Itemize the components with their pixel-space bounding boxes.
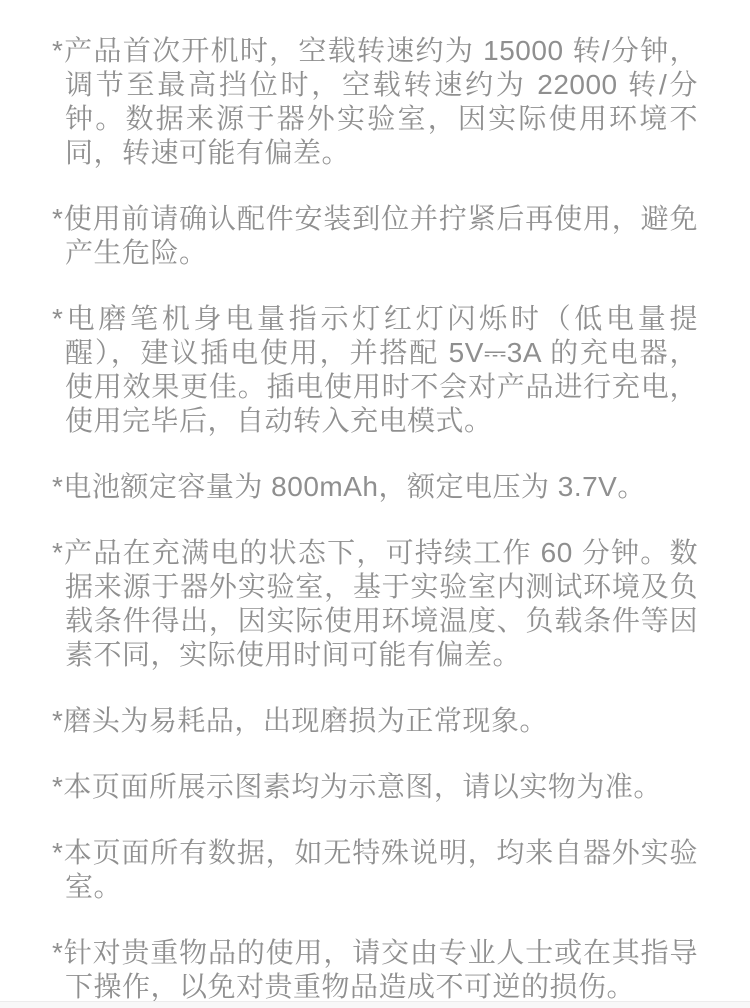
disclaimer-paragraph-runtime: *产品在充满电的状态下，可持续工作 60 分钟。数据来源于器外实验室，基于实验室… bbox=[52, 536, 698, 672]
disclaimer-paragraph-rpm: *产品首次开机时，空载转速约为 15000 转/分钟，调节至最高挡位时，空载转速… bbox=[52, 34, 698, 170]
disclaimer-paragraph-low-battery-charging: *电磨笔机身电量指示灯红灯闪烁时（低电量提醒），建议插电使用，并搭配 5V⎓3A… bbox=[52, 302, 698, 438]
disclaimer-paragraph-data-source: *本页面所有数据，如无特殊说明，均来自器外实验室。 bbox=[52, 836, 698, 904]
section-divider bbox=[0, 1001, 750, 1008]
disclaimer-paragraph-battery-spec: *电池额定容量为 800mAh，额定电压为 3.7V。 bbox=[52, 470, 698, 504]
disclaimer-paragraph-valuables-warning: *针对贵重物品的使用，请交由专业人士或在其指导下操作，以免对贵重物品造成不可逆的… bbox=[52, 936, 698, 1004]
disclaimer-paragraph-illustrative-images: *本页面所展示图素均为示意图，请以实物为准。 bbox=[52, 770, 698, 804]
disclaimer-section: *产品首次开机时，空载转速约为 15000 转/分钟，调节至最高挡位时，空载转速… bbox=[0, 0, 750, 1004]
disclaimer-paragraph-grinding-head-wear: *磨头为易耗品，出现磨损为正常现象。 bbox=[52, 704, 698, 738]
product-disclaimer-page: { "page": { "background_color": "#ffffff… bbox=[0, 0, 750, 1008]
disclaimer-paragraph-accessory-safety: *使用前请确认配件安装到位并拧紧后再使用，避免产生危险。 bbox=[52, 202, 698, 270]
